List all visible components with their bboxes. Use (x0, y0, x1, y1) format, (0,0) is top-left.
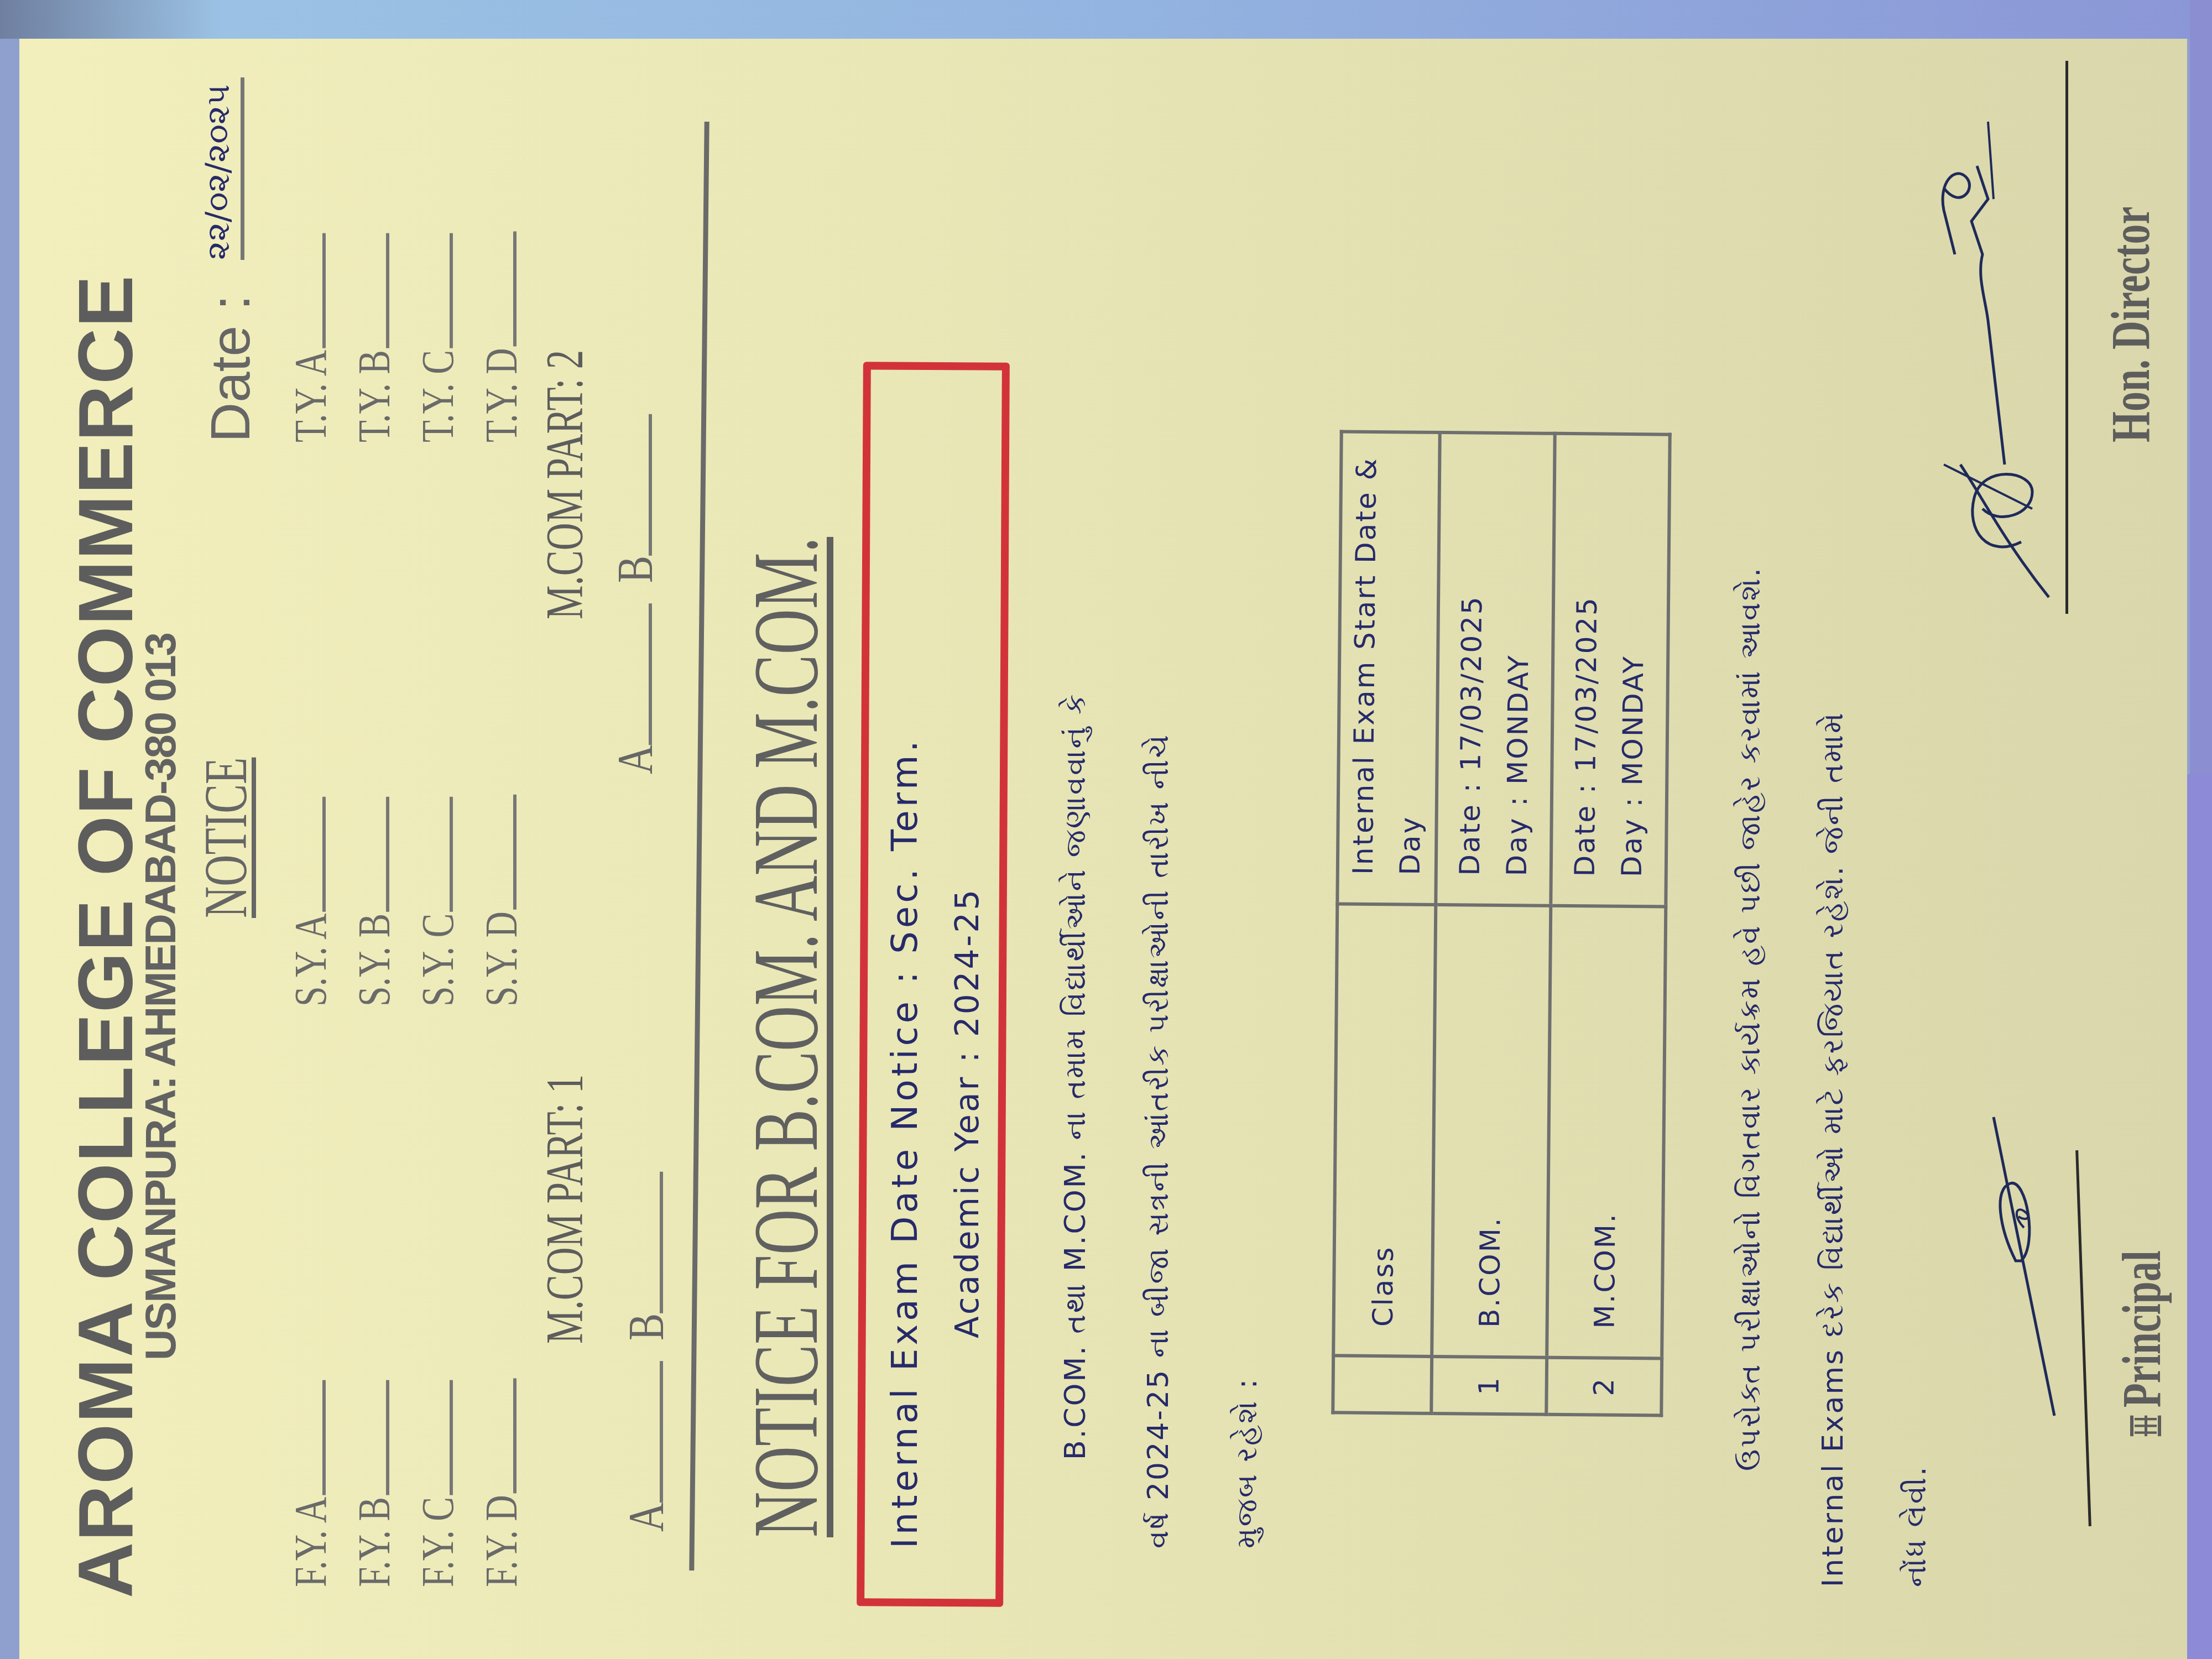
class-fy-c: F.Y. C (412, 1380, 464, 1587)
class-sy-c: S.Y. C (412, 796, 464, 1006)
row-date-day: Date : 17/03/2025 Day : MONDAY (1551, 434, 1670, 907)
principal-signature-line (2075, 1150, 2091, 1526)
class-sy-b: S.Y. B (348, 796, 400, 1006)
row-sr: 1 (1431, 1357, 1547, 1415)
class-sy-a: S.Y. A (285, 796, 337, 1006)
row-date: Date : 17/03/2025 (1447, 435, 1498, 876)
date-label: Date : (199, 295, 263, 442)
exam-schedule-table: Class Internal Exam Start Date & Day 1 B… (1331, 430, 1672, 1417)
intro-line-3: મુજબ રહેશે : (1230, 1378, 1264, 1548)
row-sr: 2 (1546, 1358, 1662, 1416)
intro-line-2: વર્ષ 2024-25 ના બીજા સત્રની આંતરીક પરીક્… (1142, 733, 1176, 1548)
blank-line (416, 796, 453, 911)
mcom-part2-sections: A B (606, 414, 664, 774)
row-day: Day : MONDAY (1609, 436, 1660, 878)
footer-note-line-1: ઉપરોક્ત પરીક્ષાઓનો વિગતવાર કાર્યક્રમ હવે… (1734, 566, 1767, 1471)
mcom-part1-sections: A B (617, 1172, 675, 1532)
blank-line (289, 796, 326, 911)
blank-line (614, 603, 652, 745)
highlight-box (857, 362, 1010, 1606)
principal-signature (1971, 1095, 2060, 1427)
highlight-line-2: Academic Year : 2024-25 (948, 888, 986, 1338)
blank-line (416, 233, 453, 348)
photo-frame: AROMA COLLEGE OF COMMERCE USMANPURA: AHM… (0, 0, 2212, 1659)
blank-line (353, 233, 389, 348)
intro-line-1: B.COM. તથા M.COM. ના તમામ વિદ્યાર્થીઓને … (1059, 693, 1093, 1460)
row-day: Day : MONDAY (1494, 435, 1545, 877)
class-ty-b: T.Y. B (348, 233, 400, 442)
mcom-part2-title: M.COM PART: 2 (534, 350, 595, 619)
blank-line (625, 1172, 663, 1313)
header-sr (1333, 1355, 1432, 1413)
class-fy-a: F.Y. A (285, 1380, 337, 1587)
date-value: ૨૨/૦૨/૨૦૨૫ (199, 77, 244, 260)
blank-line (353, 1380, 389, 1495)
header-start-date: Internal Exam Start Date & Day (1337, 431, 1439, 905)
row-date-day: Date : 17/03/2025 Day : MONDAY (1436, 432, 1554, 906)
principal-title: Principal (2110, 1250, 2173, 1438)
blank-line (480, 231, 517, 346)
director-title: Hon. Director (2099, 206, 2162, 442)
footer-note-line-3: નોંધ લેવી. (1900, 1465, 1933, 1587)
class-ty-c: T.Y. C (412, 233, 464, 442)
blank-line (480, 795, 517, 910)
row-class: B.COM. (1432, 905, 1551, 1358)
notice-paper: AROMA COLLEGE OF COMMERCE USMANPURA: AHM… (19, 39, 2187, 1659)
class-sy-d: S.Y. D (476, 795, 528, 1006)
section-divider (689, 122, 709, 1571)
blank-line (480, 1378, 517, 1493)
row-class: M.COM. (1547, 906, 1666, 1359)
building-icon (2125, 1414, 2163, 1438)
director-signature-line (2065, 61, 2068, 614)
director-signature (1922, 111, 2065, 608)
blank-line (289, 1380, 326, 1495)
table-row: 1 B.COM. Date : 17/03/2025 Day : MONDAY (1431, 432, 1554, 1415)
highlight-line-1: Internal Exam Date Notice : Sec. Term. (885, 737, 926, 1548)
table-header-row: Class Internal Exam Start Date & Day (1333, 431, 1439, 1413)
footer-note-line-2: Internal Exams દરેક વિદ્યાર્થીઓ માટે ફરજ… (1817, 711, 1850, 1587)
class-ty-a: T.Y. A (285, 233, 337, 442)
mcom-part1-title: M.COM PART: 1 (534, 1074, 595, 1344)
blank-line (289, 233, 326, 348)
blank-line (353, 796, 389, 911)
blank-line (416, 1380, 453, 1495)
notice-title: NOTICE FOR B.COM. AND M.COM. (733, 537, 839, 1537)
class-fy-b: F.Y. B (348, 1380, 400, 1587)
header-class: Class (1333, 904, 1436, 1357)
college-address: USMANPURA: AHMEDABAD-380 013 (135, 633, 186, 1360)
row-date: Date : 17/03/2025 (1562, 436, 1613, 877)
blank-line (614, 414, 652, 556)
class-ty-d: T.Y. D (476, 231, 528, 442)
blank-line (625, 1361, 663, 1503)
class-fy-d: F.Y. D (476, 1378, 528, 1587)
notice-heading: NOTICE (191, 758, 261, 918)
table-row: 2 M.COM. Date : 17/03/2025 Day : MONDAY (1546, 434, 1670, 1416)
